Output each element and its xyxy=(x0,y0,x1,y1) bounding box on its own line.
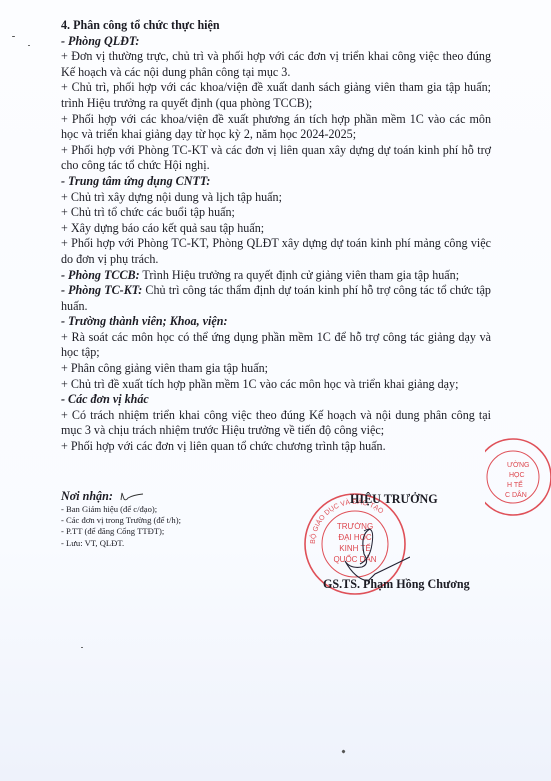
svg-text:ƯỜNG: ƯỜNG xyxy=(507,460,529,469)
list-item: + Chủ trì tổ chức các buổi tập huấn; xyxy=(61,205,491,221)
unit-title: - Trường thành viên; Khoa, viện: xyxy=(61,314,491,330)
unit-title: - Phòng TC-KT: xyxy=(61,283,142,297)
list-item: + Chủ trì xây dựng nội dung và lịch tập … xyxy=(61,190,491,206)
scan-speck xyxy=(12,36,15,37)
unit-task: Trình Hiệu trưởng ra quyết định cử giảng… xyxy=(140,268,459,282)
recipients-title: Nơi nhận: xyxy=(61,489,281,504)
signature-block: BỘ GIÁO DỤC VÀ ĐÀO TẠO TRƯỜNG ĐẠI HỌC KI… xyxy=(290,489,510,599)
partial-stamp-icon: ƯỜNG HỌC H TẾ C DÂN xyxy=(485,437,551,517)
unit-title: - Trung tâm ứng dụng CNTT: xyxy=(61,174,491,190)
recipient-item: - Các đơn vị trong Trường (để t/h); xyxy=(61,515,281,526)
section-heading: 4. Phân công tổ chức thực hiện xyxy=(61,18,491,34)
unit-tccb: - Phòng TCCB: Trình Hiệu trưởng ra quyết… xyxy=(61,268,491,284)
unit-member-schools: - Trường thành viên; Khoa, viện: + Rà so… xyxy=(61,314,491,392)
unit-cntt: - Trung tâm ứng dụng CNTT: + Chủ trì xây… xyxy=(61,174,491,268)
list-item: + Xây dựng báo cáo kết quả sau tập huấn; xyxy=(61,221,491,237)
unit-title: - Các đơn vị khác xyxy=(61,392,491,408)
recipients-title-text: Nơi nhận: xyxy=(61,489,113,503)
svg-text:QUỐC DÂN: QUỐC DÂN xyxy=(333,554,376,564)
svg-text:H TẾ: H TẾ xyxy=(507,479,523,489)
unit-tckt: - Phòng TC-KT: Chủ trì công tác thẩm địn… xyxy=(61,283,491,314)
list-item: + Phân công giảng viên tham gia tập huấn… xyxy=(61,361,491,377)
list-item: + Đơn vị thường trực, chủ trì và phối hợ… xyxy=(61,49,491,80)
unit-title: - Phòng QLĐT: xyxy=(61,34,491,50)
signer-name: GS.TS. Phạm Hồng Chương xyxy=(323,577,470,592)
assignment-section: 4. Phân công tổ chức thực hiện - Phòng Q… xyxy=(61,18,491,455)
list-item: + Phối hợp với Phòng TC-KT và các đơn vị… xyxy=(61,143,491,174)
recipient-item: - Lưu: VT, QLĐT. xyxy=(61,538,281,549)
list-item: + Phối hợp với các khoa/viện đề xuất phư… xyxy=(61,112,491,143)
list-item: + Rà soát các môn học có thể ứng dụng ph… xyxy=(61,330,491,361)
signature-title: HIỆU TRƯỞNG xyxy=(350,492,438,507)
scan-speck xyxy=(341,749,345,753)
svg-text:KINH TẾ: KINH TẾ xyxy=(339,543,370,553)
unit-others: - Các đơn vị khác + Có trách nhiệm triển… xyxy=(61,392,491,454)
list-item: + Có trách nhiệm triển khai công việc th… xyxy=(61,408,491,439)
initial-signature-icon xyxy=(119,492,145,502)
svg-text:ĐẠI HỌC: ĐẠI HỌC xyxy=(338,533,372,542)
unit-qldt: - Phòng QLĐT: + Đơn vị thường trực, chủ … xyxy=(61,34,491,174)
list-item: + Phối hợp với Phòng TC-KT, Phòng QLĐT x… xyxy=(61,236,491,267)
list-item: + Chủ trì, phối hợp với các khoa/viện đề… xyxy=(61,80,491,111)
svg-text:HỌC: HỌC xyxy=(509,472,525,479)
document-page: 4. Phân công tổ chức thực hiện - Phòng Q… xyxy=(0,0,551,781)
list-item: + Phối hợp với các đơn vị liên quan tổ c… xyxy=(61,439,491,455)
recipient-item: - P.TT (để đăng Cổng TTĐT); xyxy=(61,526,281,537)
svg-text:C DÂN: C DÂN xyxy=(505,490,527,499)
scan-speck xyxy=(28,45,30,46)
scan-speck xyxy=(81,647,83,648)
list-item: + Chủ trì đề xuất tích hợp phần mềm 1C v… xyxy=(61,377,491,393)
recipient-item: - Ban Giám hiệu (để c/đạo); xyxy=(61,504,281,515)
unit-title: - Phòng TCCB: xyxy=(61,268,140,282)
recipients-block: Nơi nhận: - Ban Giám hiệu (để c/đạo); - … xyxy=(61,489,281,549)
